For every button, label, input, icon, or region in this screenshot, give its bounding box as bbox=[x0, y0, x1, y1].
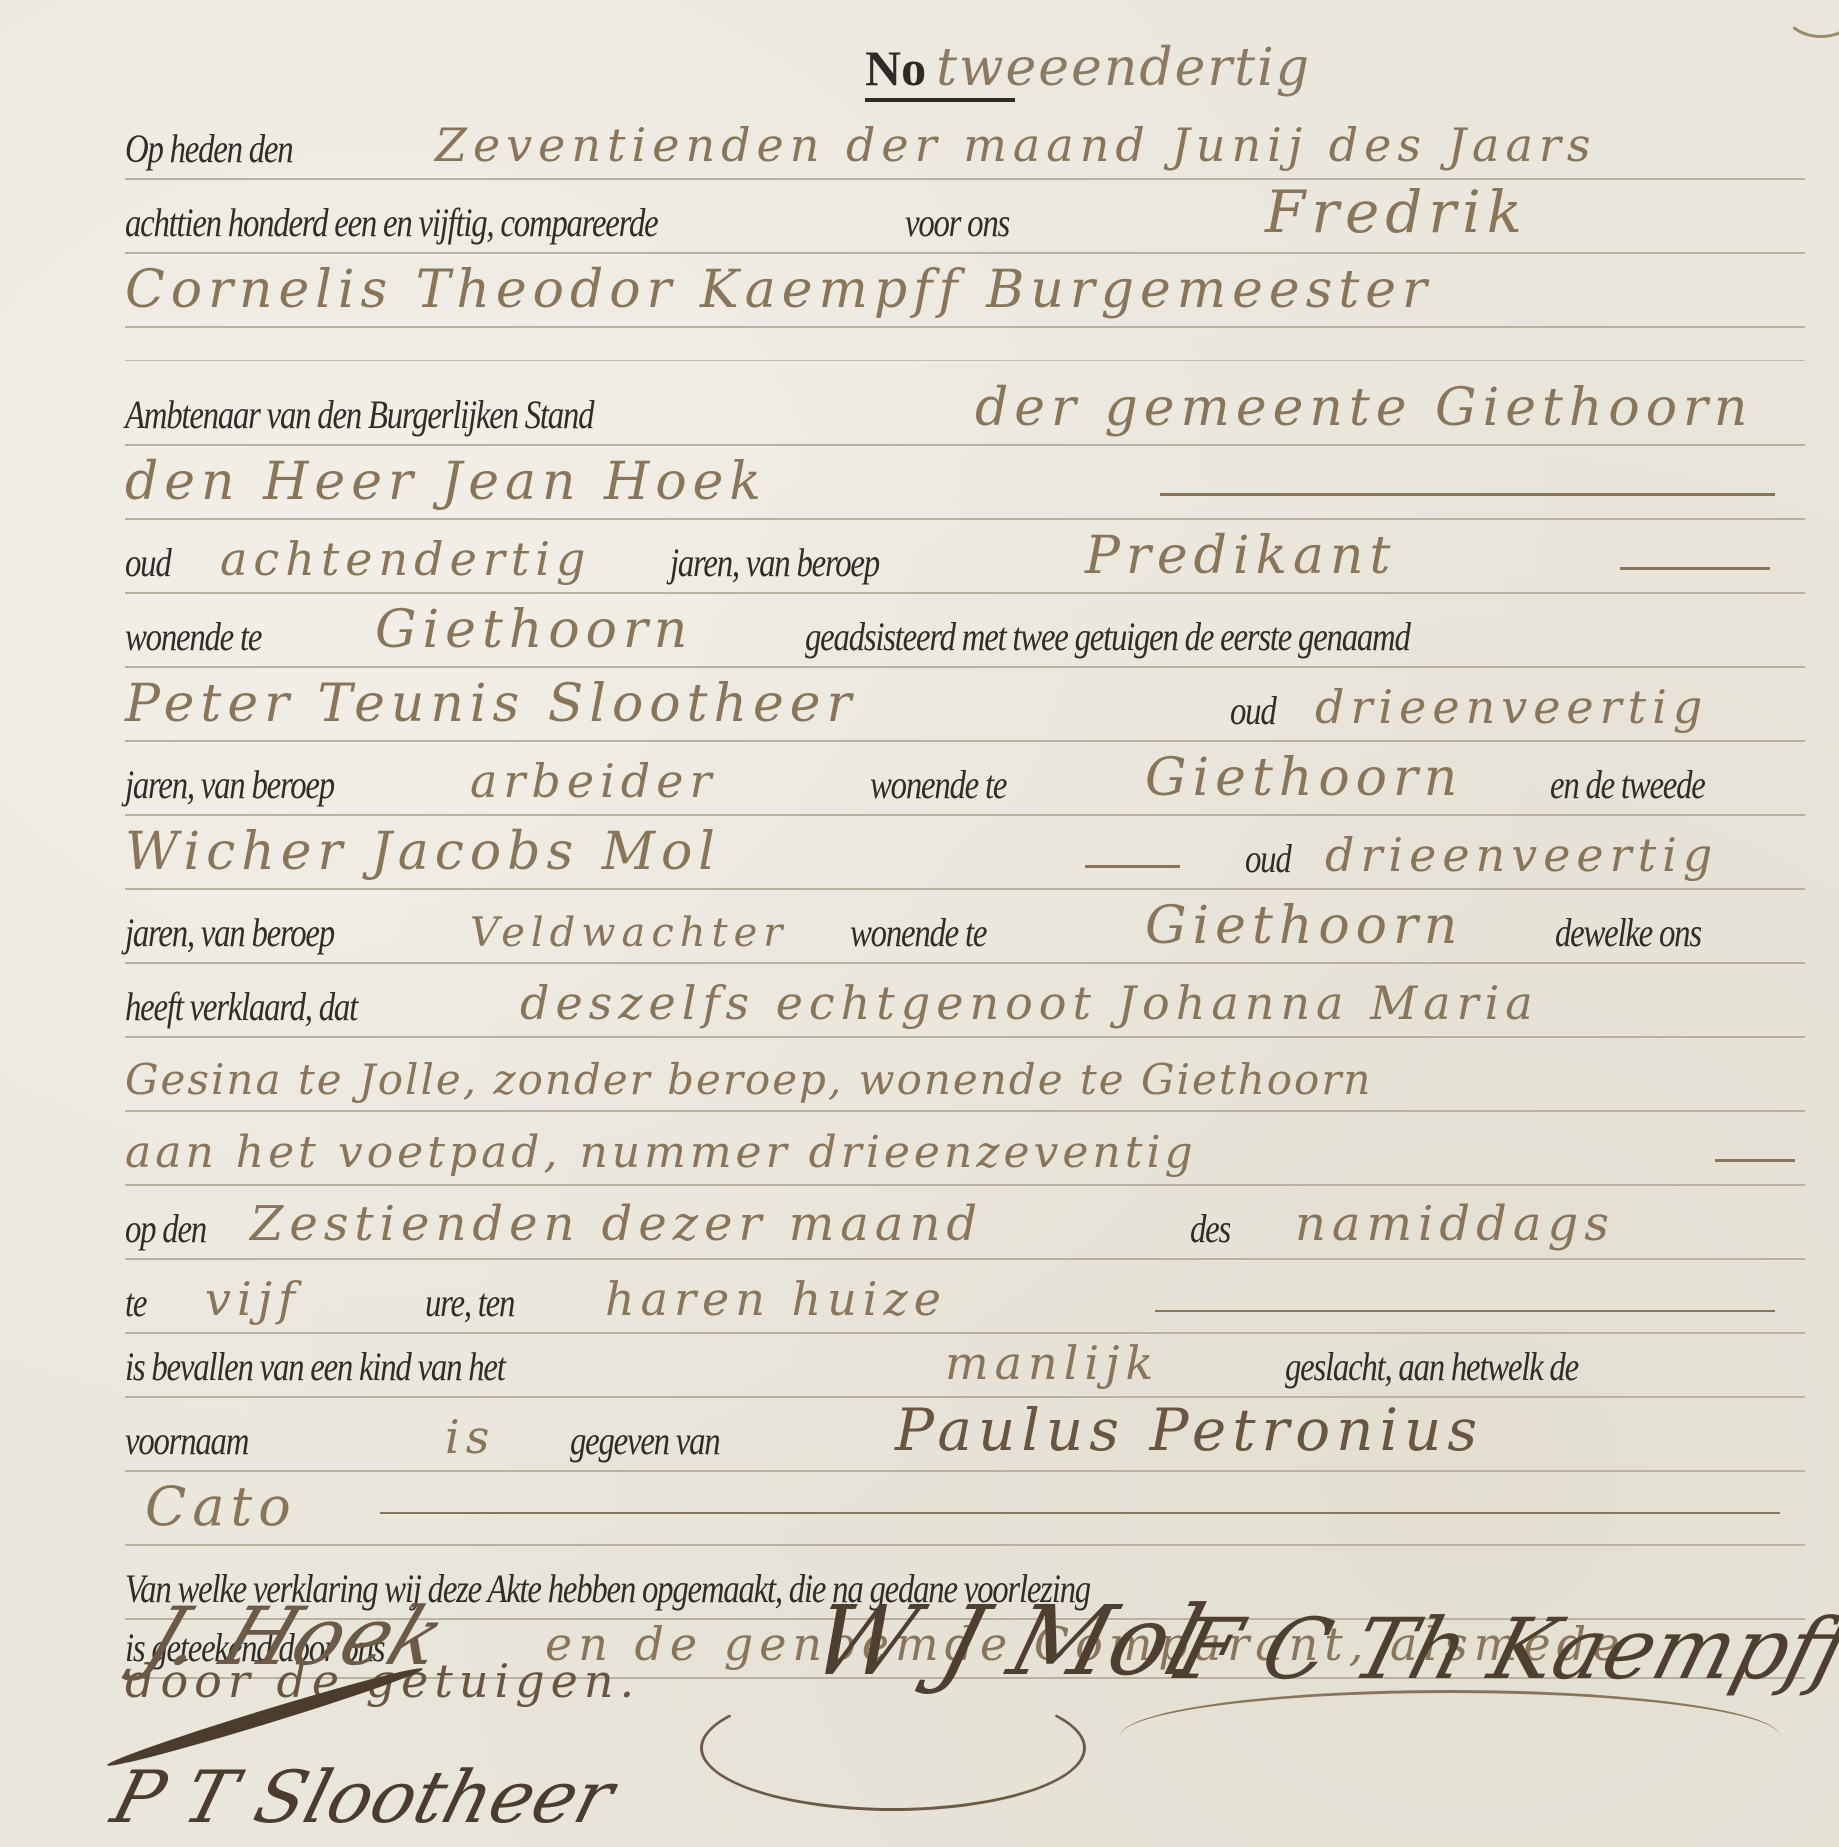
handwritten-text: vijf bbox=[205, 1272, 301, 1326]
birth-certificate-page: Notweeendertig Op heden den Zeventienden… bbox=[0, 0, 1839, 1847]
number-underline bbox=[865, 98, 1015, 102]
printed-text: wonende te bbox=[125, 613, 261, 660]
printed-text: geadsisteerd met twee getuigen de eerste… bbox=[805, 613, 1410, 660]
signature-slootheer: P T Slootheer bbox=[104, 1755, 623, 1839]
fill-dash bbox=[1085, 865, 1180, 868]
text-line: Op heden den Zeventienden der maand Juni… bbox=[125, 104, 1805, 180]
fill-dash bbox=[1160, 493, 1775, 496]
printed-text: te bbox=[125, 1279, 146, 1326]
handwritten-text: Veldwachter bbox=[470, 910, 788, 956]
handwritten-text: deszelfs echtgenoot Johanna Maria bbox=[520, 976, 1539, 1030]
text-line: Cato bbox=[125, 1470, 1805, 1546]
printed-text: is bevallen van een kind van het bbox=[125, 1343, 505, 1390]
text-line: Wicher Jacobs Mol oud drieenveertig bbox=[125, 814, 1805, 890]
text-line: aan het voetpad, nummer drieenzeventig bbox=[125, 1110, 1805, 1186]
printed-text: jaren, van beroep bbox=[125, 761, 334, 808]
signature-kaempff: F C Th Kaempff bbox=[1167, 1600, 1839, 1698]
text-line: jaren, van beroep arbeider wonende te Gi… bbox=[125, 740, 1805, 816]
handwritten-text: arbeider bbox=[470, 754, 717, 808]
printed-text: wonende te bbox=[870, 761, 1006, 808]
printed-text: oud bbox=[1230, 687, 1276, 734]
text-line: achttien honderd een en vijftig, compare… bbox=[125, 178, 1805, 254]
page-corner-curl bbox=[1783, 0, 1839, 38]
text-line: Cornelis Theodor Kaempff Burgemeester bbox=[125, 252, 1805, 328]
blank-line bbox=[125, 320, 1805, 361]
text-line: Ambtenaar van den Burgerlijken Stand der… bbox=[125, 370, 1805, 446]
text-line: heeft verklaard, dat deszelfs echtgenoot… bbox=[125, 962, 1805, 1038]
fill-dash bbox=[380, 1512, 1780, 1514]
handwritten-text: drieenveertig bbox=[1325, 828, 1718, 882]
printed-text: jaren, van beroep bbox=[125, 909, 334, 956]
printed-text: voornaam bbox=[125, 1417, 248, 1464]
text-line: wonende te Giethoorn geadsisteerd met tw… bbox=[125, 592, 1805, 668]
printed-text: op den bbox=[125, 1205, 206, 1252]
printed-text: en de tweede bbox=[1550, 761, 1705, 808]
text-line: is bevallen van een kind van het manlijk… bbox=[125, 1322, 1805, 1398]
signature-flourish bbox=[700, 1685, 1086, 1811]
certificate-number: Notweeendertig bbox=[865, 38, 1311, 98]
handwritten-text: Peter Teunis Slootheer bbox=[125, 674, 857, 734]
signature-hoek: J. Hoek bbox=[133, 1590, 457, 1683]
number-label: No bbox=[865, 40, 926, 96]
handwritten-text: is bbox=[445, 1410, 495, 1464]
text-line: Gesina te Jolle, zonder beroep, wonende … bbox=[125, 1036, 1805, 1112]
printed-text: geslacht, aan hetwelk de bbox=[1285, 1343, 1578, 1390]
handwritten-text: der gemeente Giethoorn bbox=[975, 378, 1753, 438]
printed-text: wonende te bbox=[850, 909, 986, 956]
text-line: den Heer Jean Hoek bbox=[125, 444, 1805, 520]
handwritten-text: Giethoorn bbox=[375, 600, 693, 660]
fill-dash bbox=[1715, 1159, 1795, 1162]
handwritten-text: Gesina te Jolle, zonder beroep, wonende … bbox=[125, 1055, 1372, 1104]
handwritten-text: Paulus Petronius bbox=[895, 1396, 1483, 1464]
handwritten-text: achtendertig bbox=[220, 532, 591, 586]
handwritten-text: namiddags bbox=[1295, 1196, 1615, 1252]
handwritten-text: den Heer Jean Hoek bbox=[125, 452, 767, 512]
handwritten-text: manlijk bbox=[945, 1336, 1159, 1390]
text-line: op den Zestienden dezer maand des namidd… bbox=[125, 1184, 1805, 1260]
printed-text: achttien honderd een en vijftig, compare… bbox=[125, 199, 657, 246]
printed-text: ure, ten bbox=[425, 1279, 514, 1326]
number-value: tweeendertig bbox=[936, 38, 1311, 98]
handwritten-text: Fredrik bbox=[1265, 178, 1528, 246]
printed-text: gegeven van bbox=[570, 1417, 719, 1464]
signature-mol: W J Mol bbox=[800, 1585, 1215, 1697]
text-line: oud achtendertig jaren, van beroep Predi… bbox=[125, 518, 1805, 594]
printed-text: des bbox=[1190, 1205, 1230, 1252]
handwritten-text: Predikant bbox=[1085, 526, 1396, 586]
printed-text: oud bbox=[125, 539, 171, 586]
printed-text: Op heden den bbox=[125, 125, 292, 172]
text-line: voornaam is gegeven van Paulus Petronius bbox=[125, 1396, 1805, 1472]
handwritten-text: Zeventienden der maand Junij des Jaars bbox=[435, 118, 1597, 172]
handwritten-text: drieenveertig bbox=[1315, 680, 1708, 734]
handwritten-text: Giethoorn bbox=[1145, 896, 1463, 956]
handwritten-text: Cornelis Theodor Kaempff Burgemeester bbox=[125, 260, 1433, 320]
printed-text: jaren, van beroep bbox=[670, 539, 879, 586]
handwritten-text: Cato bbox=[145, 1475, 297, 1538]
printed-text: voor ons bbox=[905, 199, 1009, 246]
handwritten-text: Wicher Jacobs Mol bbox=[125, 822, 721, 882]
printed-text: Ambtenaar van den Burgerlijken Stand bbox=[125, 391, 593, 438]
text-line: jaren, van beroep Veldwachter wonende te… bbox=[125, 888, 1805, 964]
printed-text: dewelke ons bbox=[1555, 909, 1701, 956]
handwritten-text: Zestienden dezer maand bbox=[250, 1196, 983, 1252]
fill-dash bbox=[1155, 1310, 1775, 1312]
printed-text: heeft verklaard, dat bbox=[125, 983, 357, 1030]
signature-flourish bbox=[1120, 1690, 1780, 1783]
printed-text: oud bbox=[1245, 835, 1291, 882]
text-line: Peter Teunis Slootheer oud drieenveertig bbox=[125, 666, 1805, 742]
handwritten-text: aan het voetpad, nummer drieenzeventig bbox=[125, 1127, 1197, 1178]
handwritten-text: haren huize bbox=[605, 1272, 947, 1326]
handwritten-text: Giethoorn bbox=[1145, 748, 1463, 808]
fill-dash bbox=[1620, 567, 1770, 570]
